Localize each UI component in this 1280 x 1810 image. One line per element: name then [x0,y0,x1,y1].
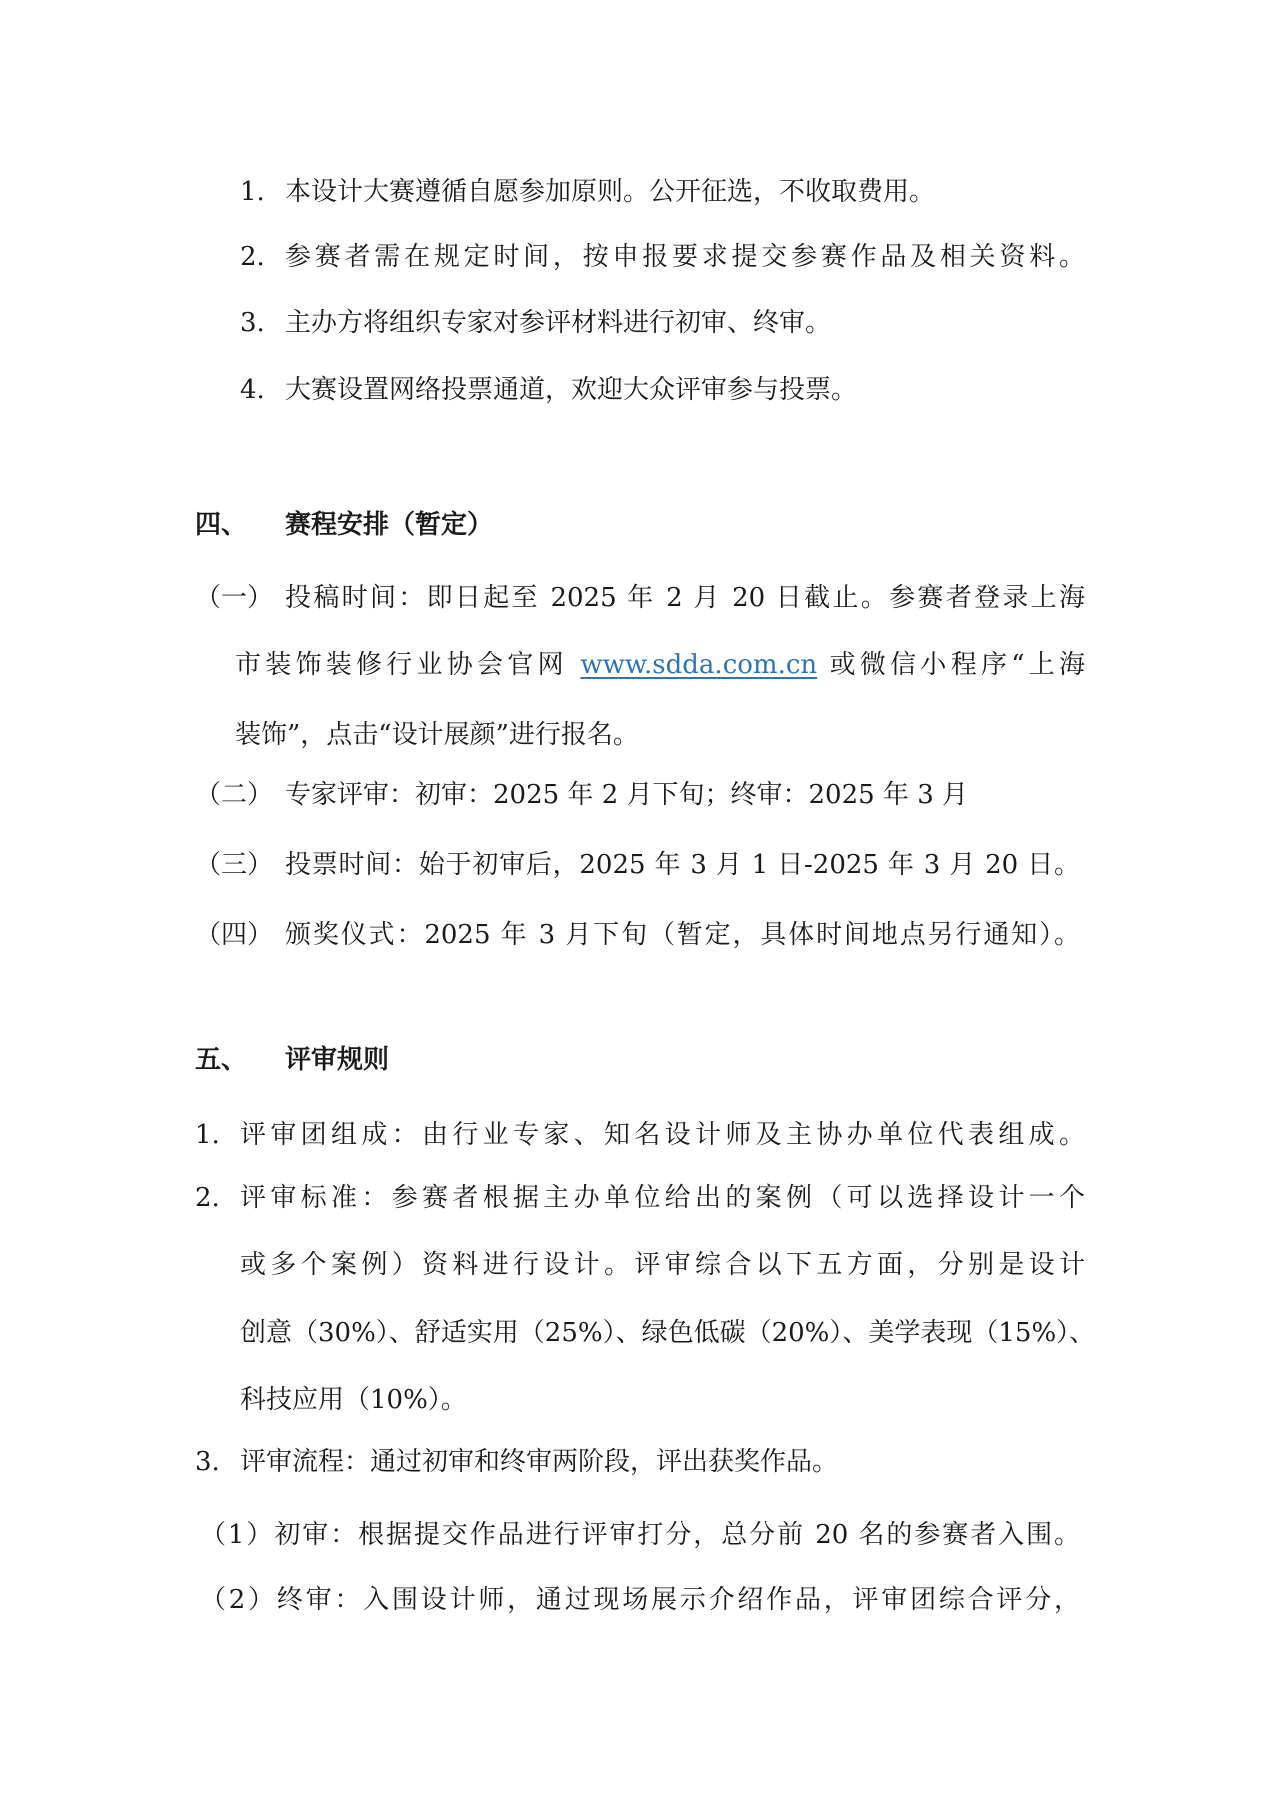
item-text: 评审团组成：由行业专家、知名设计师及主协办单位代表组成。 [240,1115,1085,1155]
list-item: 本设计大赛遵循自愿参加原则。公开征选，不收取费用。 [285,172,925,212]
section-number: 四、 [195,505,247,545]
list-item: 主办方将组织专家对参评材料进行初审、终审。 [285,303,845,343]
section-number: 五、 [195,1040,247,1080]
item-text: 投稿时间：即日起至 2025 年 2 月 20 日截止。参赛者登录上海 [285,578,1085,618]
list-number: 1. [240,172,265,212]
item-text-continued: 或多个案例）资料进行设计。评审综合以下五方面，分别是设计 [240,1245,1085,1285]
item-text-continued: 创意（30%）、舒适实用（25%）、绿色低碳（20%）、美学表现（15%）、 [240,1313,1085,1353]
website-link[interactable]: www.sdda.com.cn [580,650,817,680]
item-number: 3. [195,1442,220,1482]
sub-item-text: （1）初审：根据提交作品进行评审打分，总分前 20 名的参赛者入围。 [200,1515,1080,1555]
item-text-continued: 科技应用（10%）。 [240,1380,467,1420]
item-number: （二） [195,775,273,815]
item-text: 投票时间：始于初审后，2025 年 3 月 1 日-2025 年 3 月 20 … [285,845,1080,885]
item-text: 颁奖仪式：2025 年 3 月下旬（暂定，具体时间地点另行通知）。 [285,915,1080,955]
item-text: 评审流程：通过初审和终审两阶段，评出获奖作品。 [240,1442,880,1482]
item-number: 1. [195,1115,220,1155]
list-number: 4. [240,370,265,410]
item-text-continued: 装饰”，点击“设计展颜”进行报名。 [235,715,639,755]
section-title: 评审规则 [285,1040,389,1080]
item-text: 专家评审：初审：2025 年 2 月下旬；终审：2025 年 3 月 [285,775,845,815]
item-text-continued: 市装饰装修行业协会官网 www.sdda.com.cn 或微信小程序“上海 [235,645,1085,685]
item-number: （一） [195,578,273,618]
list-item: 大赛设置网络投票通道，欢迎大众评审参与投票。 [285,370,885,410]
list-item: 参赛者需在规定时间，按申报要求提交参赛作品及相关资料。 [285,237,1085,277]
item-text: 评审标准：参赛者根据主办单位给出的案例（可以选择设计一个 [240,1178,1085,1218]
item-number: （四） [195,915,273,955]
sub-item-text: （2）终审：入围设计师，通过现场展示介绍作品，评审团综合评分， [200,1580,1080,1620]
list-number: 3. [240,303,265,343]
list-number: 2. [240,237,265,277]
item-number: （三） [195,845,273,885]
item-number: 2. [195,1178,220,1218]
section-title: 赛程安排（暂定） [285,505,493,545]
